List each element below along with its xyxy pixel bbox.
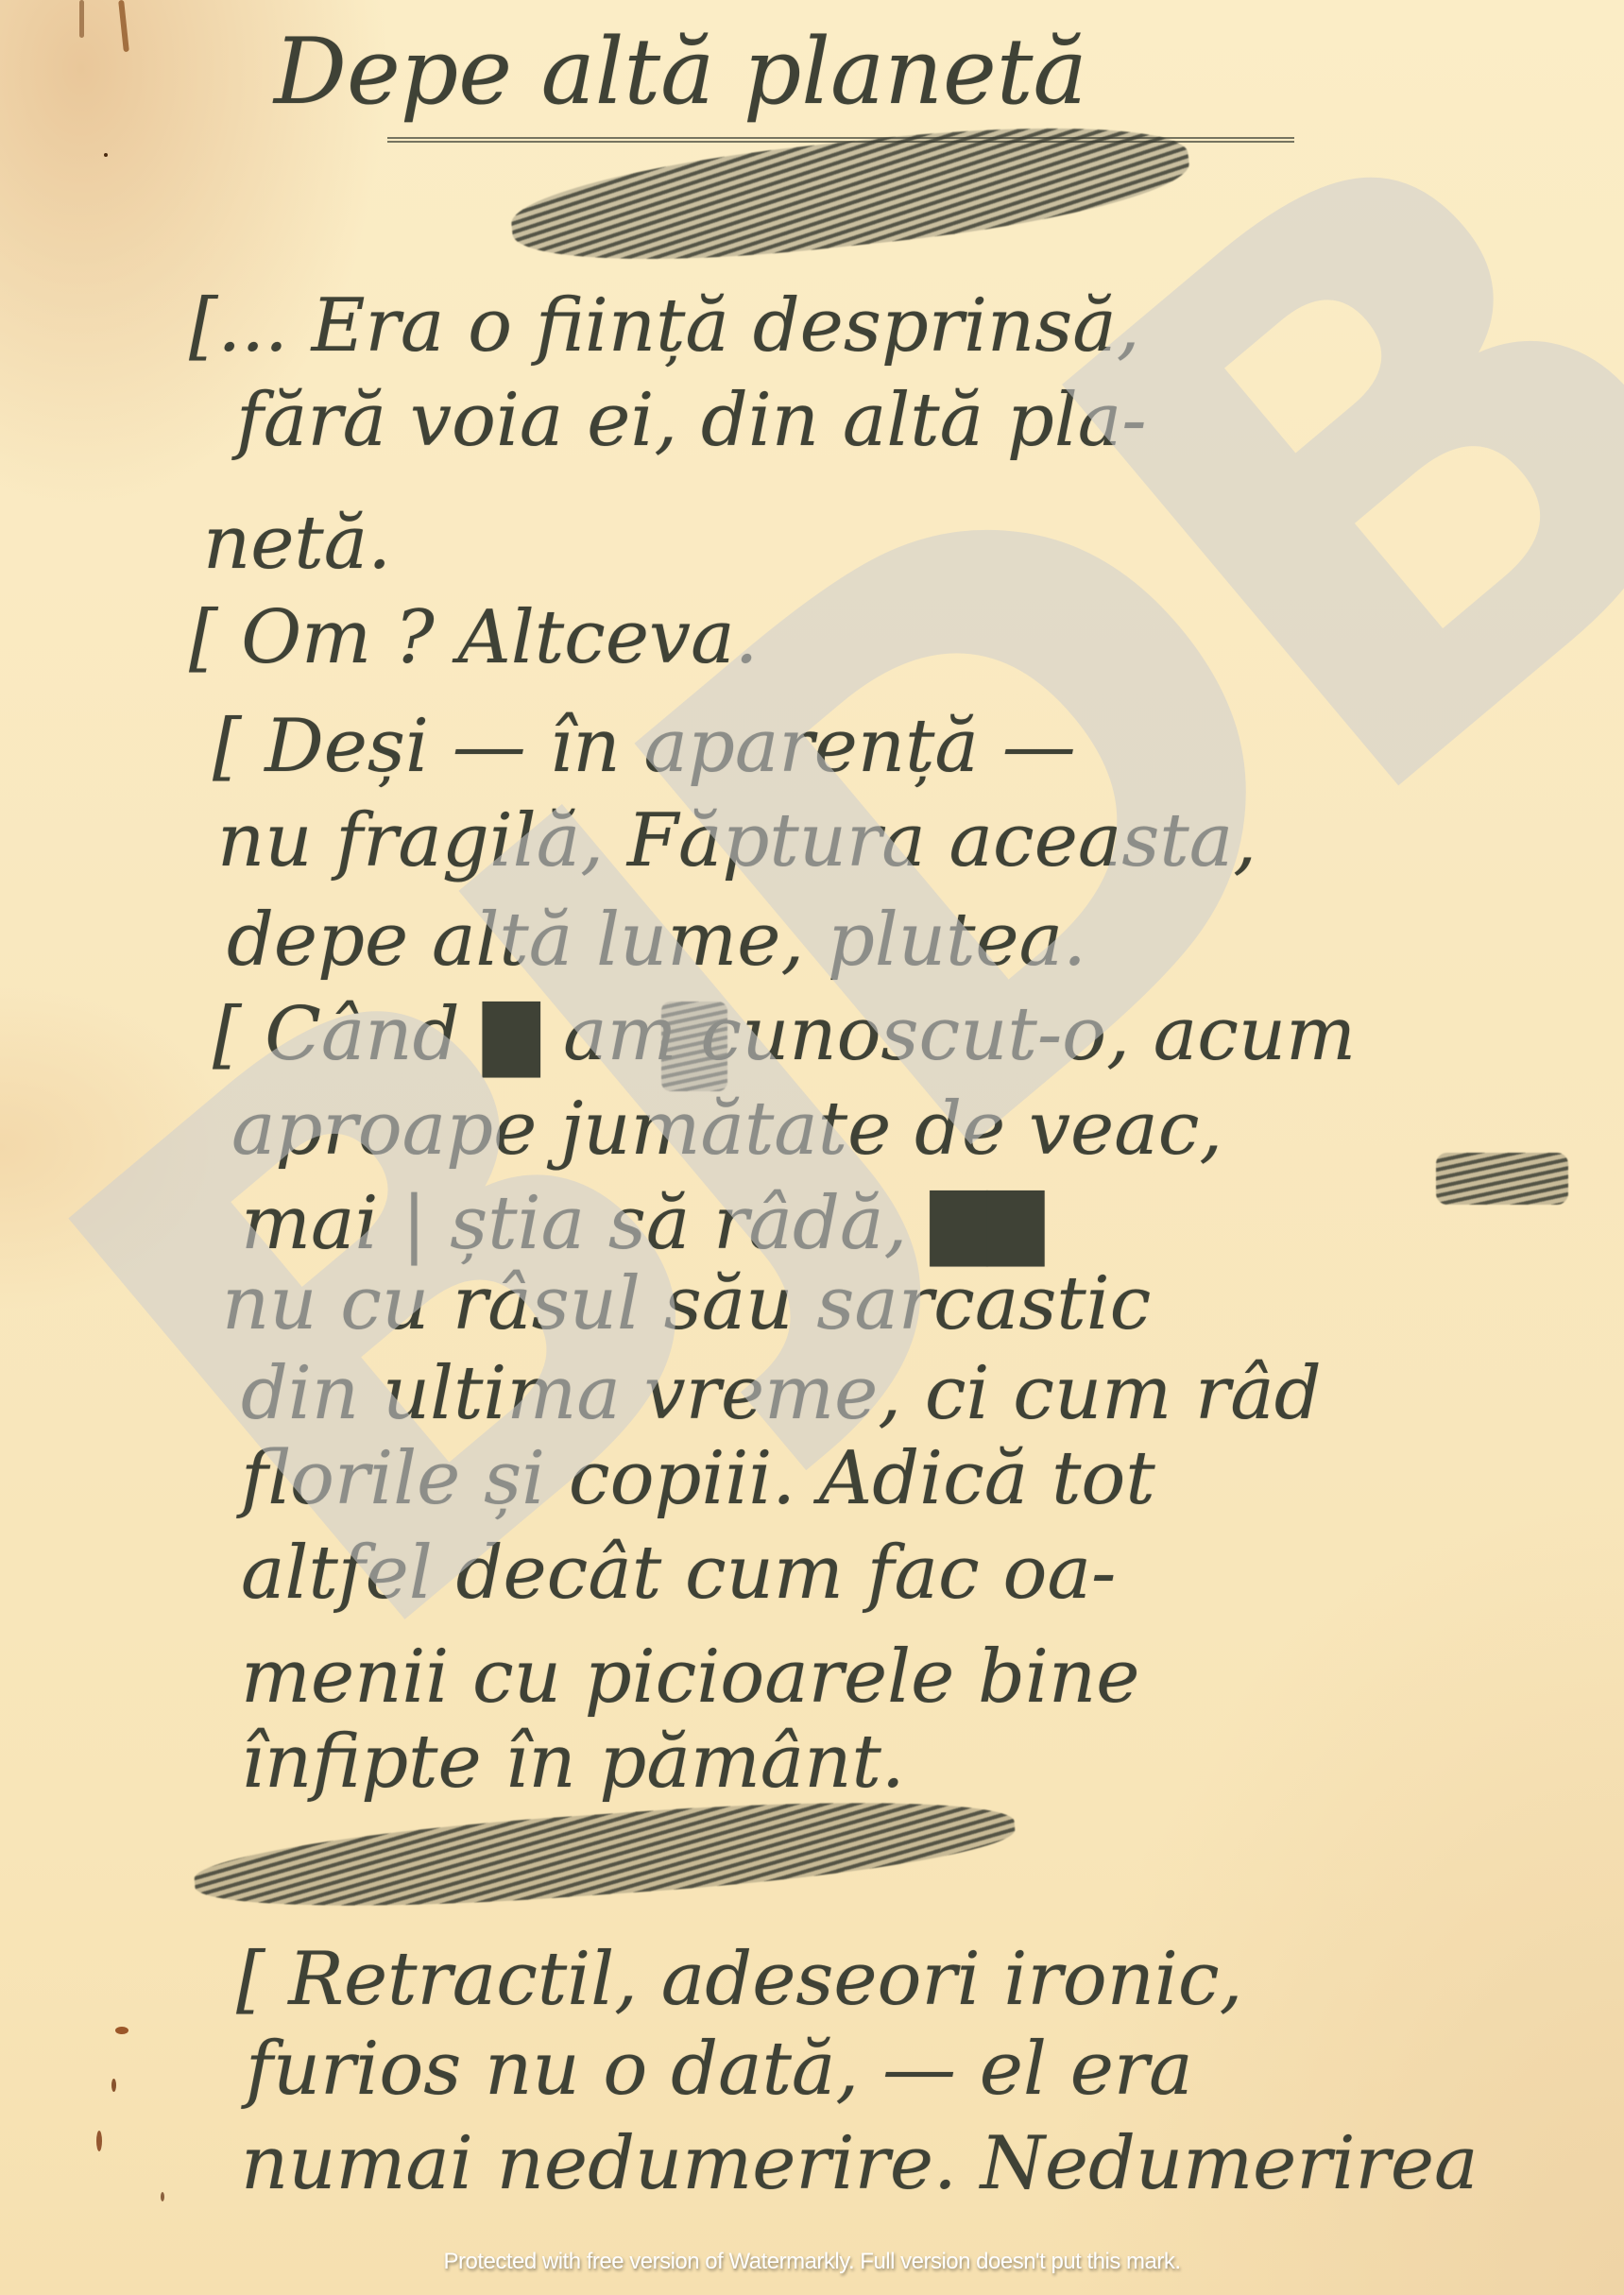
- text-line: din ultima vreme, ci cum râd: [241, 1351, 1322, 1436]
- rust-stain: [111, 2079, 116, 2092]
- watermarkly-notice: Protected with free version of Watermark…: [0, 2249, 1624, 2275]
- manuscript-page: Depe altă planetă [... Era o ființă desp…: [0, 0, 1624, 2295]
- crossed-out-text: [192, 1786, 1017, 1923]
- text-line: netă.: [203, 501, 391, 586]
- text-line: nu fragilă, Făptura aceasta,: [217, 798, 1256, 883]
- crossed-out-text: [1436, 1153, 1568, 1205]
- text-line: [ Când ▇ am cunoscut-o, acum: [213, 992, 1356, 1077]
- rust-stain: [161, 2192, 164, 2201]
- rust-stain: [79, 0, 84, 38]
- text-line: depe altă lume, plutea.: [227, 898, 1086, 983]
- text-line: înfipte în pământ.: [241, 1720, 905, 1805]
- rust-stain: [115, 2027, 128, 2034]
- text-line: [... Era o ființă desprinsă,: [189, 283, 1140, 368]
- text-line: furios nu o dată, — el era: [246, 2027, 1193, 2112]
- rust-stain: [96, 2131, 102, 2151]
- text-line: numai nedumerire. Nedumerirea: [241, 2121, 1479, 2206]
- text-line: fără voia ei, din altă pla-: [236, 378, 1147, 463]
- crossed-out-text: [506, 107, 1194, 282]
- rust-stain: [118, 0, 129, 52]
- text-line: [ Deși — în aparență —: [213, 704, 1076, 789]
- ink-dot: [104, 153, 108, 157]
- text-line: aproape jumătate de veac,: [231, 1087, 1222, 1172]
- text-line: menii cu picioarele bine: [241, 1635, 1139, 1720]
- text-line: mai | știa să râdă, ▇▇: [241, 1181, 1044, 1266]
- text-line: [ Retractil, adeseori ironic,: [236, 1937, 1242, 2022]
- text-line: altfel decât cum fac oa-: [241, 1531, 1116, 1616]
- text-line: florile și copiii. Adică tot: [241, 1436, 1155, 1521]
- manuscript-title: Depe altă planetă: [274, 19, 1087, 125]
- text-line: nu cu râsul său sarcastic: [222, 1261, 1151, 1346]
- text-line: [ Om ? Altceva.: [189, 595, 758, 680]
